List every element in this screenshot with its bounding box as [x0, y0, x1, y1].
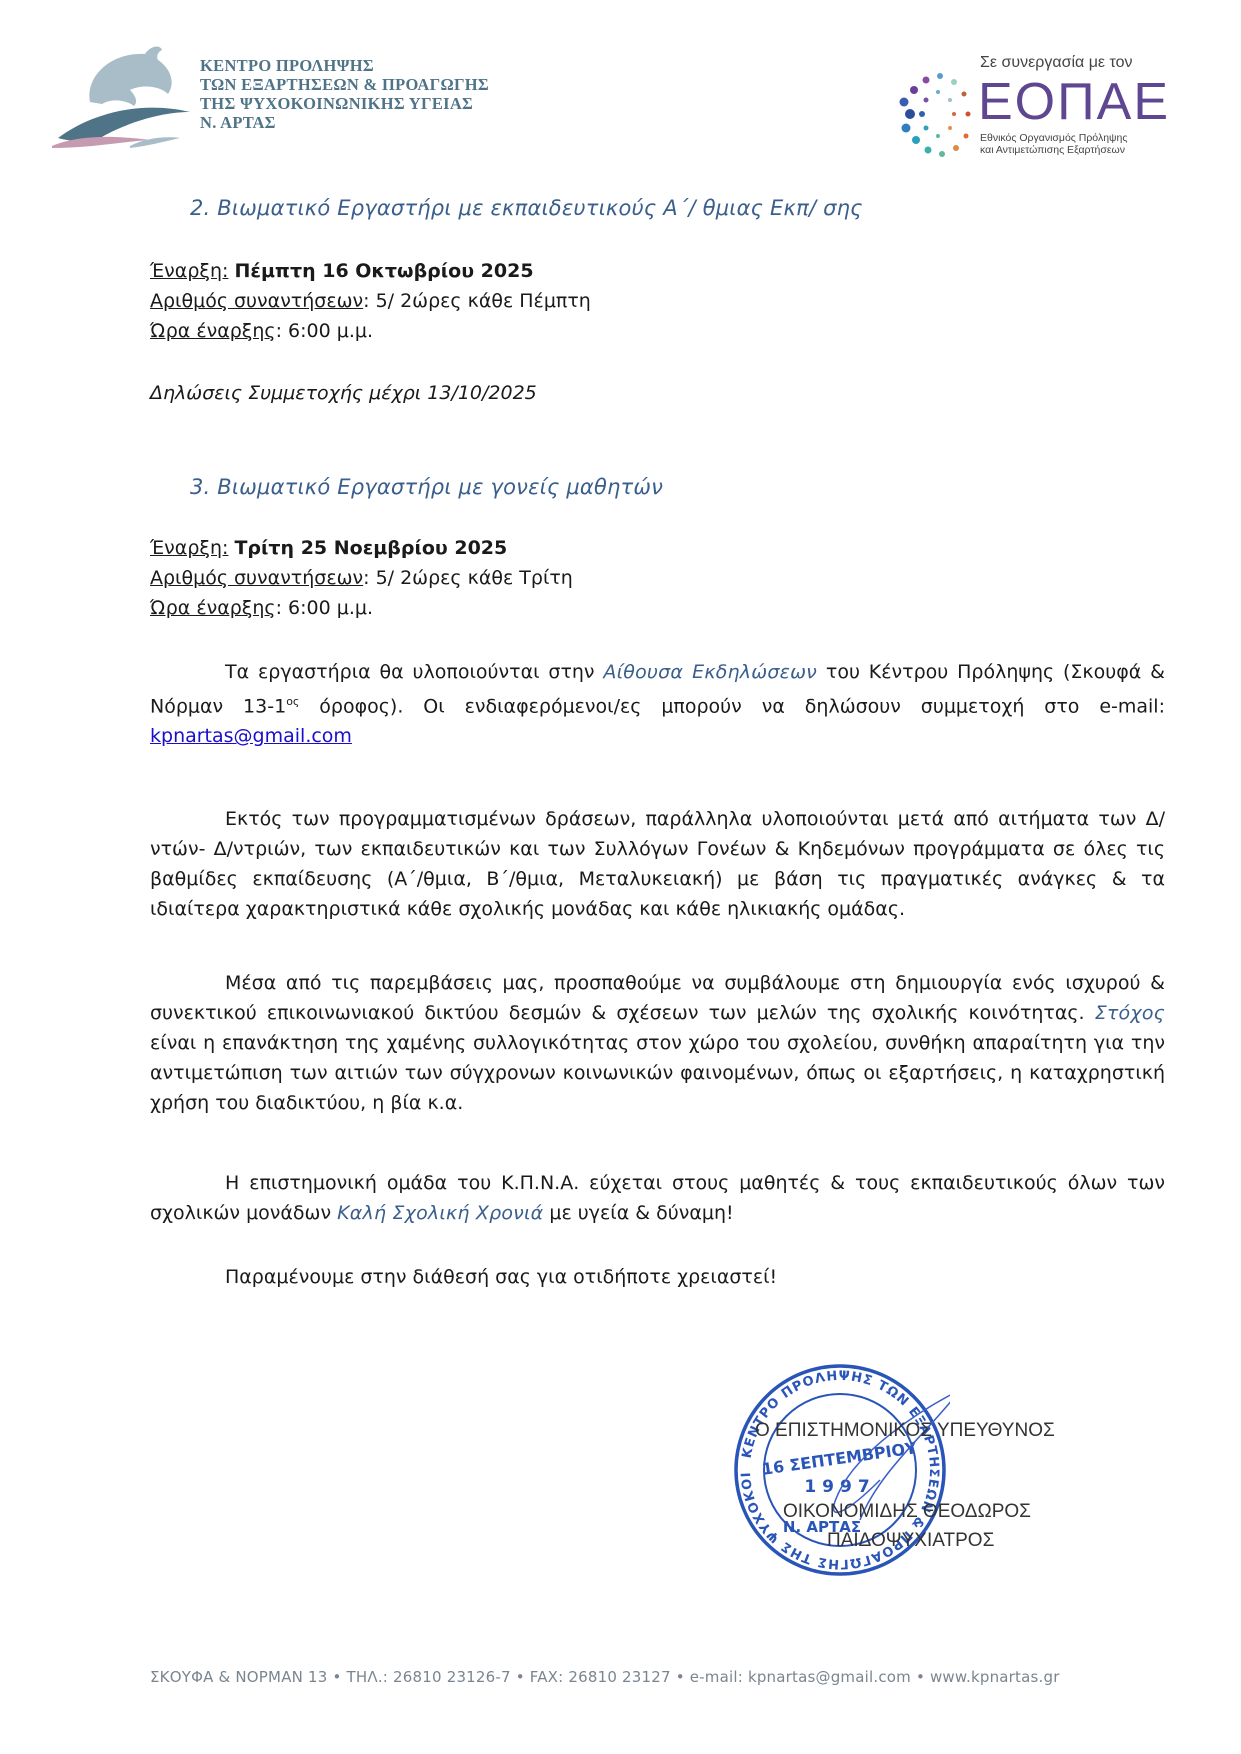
- email-link[interactable]: kpnartas@gmail.com: [150, 725, 352, 747]
- signatory-title: ΠΑΙΔΟΨΥΧΙΑΤΡΟΣ: [827, 1530, 994, 1552]
- org-name-line: ΤΗΣ ΨΥΧΟΚΟΙΝΩΝΙΚΗΣ ΥΓΕΙΑΣ: [200, 94, 489, 113]
- paragraph-text: είναι η επανάκτηση της χαμένης συλλογικό…: [150, 1032, 1165, 1114]
- meetings-value: : 5/ 2ώρες κάθε Πέμπτη: [363, 290, 591, 312]
- org-name-line: ΤΩΝ ΕΞΑΡΤΗΣΕΩΝ & ΠΡΟΑΓΩΓΗΣ: [200, 75, 489, 94]
- start-label: Έναρξη:: [150, 260, 228, 282]
- partner-name: ΕΟΠΑΕ: [978, 76, 1170, 128]
- venue-paragraph: Τα εργαστήρια θα υλοποιούνται στην Αίθου…: [150, 657, 1165, 751]
- workshop-meetings: Αριθμός συναντήσεων: 5/ 2ώρες κάθε Τρίτη: [150, 567, 573, 589]
- goal-paragraph: Μέσα από τις παρεμβάσεις μας, προσπαθούμ…: [150, 968, 1165, 1118]
- partner-full-name: και Αντιμετώπισης Εξαρτήσεων: [980, 144, 1127, 156]
- venue-hall: Αίθουσα Εκδηλώσεων: [603, 661, 817, 683]
- meetings-label: Αριθμός συναντήσεων: [150, 290, 363, 312]
- organization-logo: ΚΕΝΤΡΟ ΠΡΟΛΗΨΗΣ ΤΩΝ ΕΞΑΡΤΗΣΕΩΝ & ΠΡΟΑΓΩΓ…: [50, 42, 590, 162]
- partner-full-name: Εθνικός Οργανισμός Πρόληψης: [980, 132, 1127, 144]
- programs-paragraph: Εκτός των προγραμματισμένων δράσεων, παρ…: [150, 804, 1165, 924]
- dolphin-logo-icon: [50, 42, 200, 152]
- registration-deadline: Δηλώσεις Συμμετοχής μέχρι 13/10/2025: [150, 382, 537, 404]
- wishes-paragraph: Η επιστημονική ομάδα του Κ.Π.Ν.Α. εύχετα…: [150, 1168, 1165, 1228]
- workshop-heading: 2. Βιωματικό Εργαστήρι με εκπαιδευτικούς…: [190, 196, 863, 220]
- workshop-meetings: Αριθμός συναντήσεων: 5/ 2ώρες κάθε Πέμπτ…: [150, 290, 591, 312]
- partner-logo: Σε συνεργασία με τον ΕΟΠΑΕ Εθνικός Οργαν…: [890, 50, 1190, 170]
- footer-contact: ΣΚΟΥΦΑ & ΝΟΡΜΑΝ 13 • ΤΗΛ.: 26810 23126-7…: [150, 1668, 1100, 1686]
- time-value: : 6:00 μ.μ.: [276, 320, 373, 342]
- start-value: Τρίτη 25 Νοεμβρίου 2025: [234, 537, 507, 559]
- goal-highlight: Στόχος: [1095, 1002, 1165, 1024]
- svg-text:16 ΣΕΠΤΕΜΒΡΙΟΥ: 16 ΣΕΠΤΕΜΒΡΙΟΥ: [761, 1438, 918, 1479]
- paragraph-text: Παραμένουμε στην διάθεσή σας για οτιδήπο…: [225, 1266, 777, 1288]
- time-label: Ώρα έναρξης: [150, 320, 276, 342]
- org-name-line: ΚΕΝΤΡΟ ΠΡΟΛΗΨΗΣ: [200, 56, 489, 75]
- floor-superscript: ος: [286, 695, 299, 708]
- workshop-start: Έναρξη: Τρίτη 25 Νοεμβρίου 2025: [150, 537, 507, 559]
- signatory-role: Ο ΕΠΙΣΤΗΜΟΝΙΚΟΣ ΥΠΕΥΘΥΝΟΣ: [755, 1420, 1055, 1442]
- wish-highlight: Καλή Σχολική Χρονιά: [337, 1202, 543, 1224]
- signatory-name: ΟΙΚΟΝΟΜΙΔΗΣ ΘΕΟΔΩΡΟΣ: [783, 1501, 1031, 1523]
- meetings-label: Αριθμός συναντήσεων: [150, 567, 363, 589]
- org-name-line: Ν. ΑΡΤΑΣ: [200, 113, 489, 132]
- paragraph-text: Μέσα από τις παρεμβάσεις μας, προσπαθούμ…: [150, 972, 1165, 1024]
- time-value: : 6:00 μ.μ.: [276, 597, 373, 619]
- venue-text: όροφος). Οι ενδιαφερόμενοι/ες μπορούν να…: [299, 695, 1165, 717]
- time-label: Ώρα έναρξης: [150, 597, 276, 619]
- paragraph-text: Εκτός των προγραμματισμένων δράσεων, παρ…: [150, 808, 1165, 920]
- workshop-heading: 3. Βιωματικό Εργαστήρι με γονείς μαθητών: [190, 475, 663, 499]
- start-value: Πέμπτη 16 Οκτωβρίου 2025: [234, 260, 533, 282]
- venue-text: Τα εργαστήρια θα υλοποιούνται στην: [225, 661, 603, 683]
- workshop-time: Ώρα έναρξης: 6:00 μ.μ.: [150, 320, 373, 342]
- partner-intro: Σε συνεργασία με τον: [980, 54, 1133, 72]
- workshop-start: Έναρξη: Πέμπτη 16 Οκτωβρίου 2025: [150, 260, 534, 282]
- start-label: Έναρξη:: [150, 537, 228, 559]
- workshop-time: Ώρα έναρξης: 6:00 μ.μ.: [150, 597, 373, 619]
- paragraph-text: με υγεία & δύναμη!: [543, 1202, 733, 1224]
- dotted-circle-icon: [890, 64, 980, 164]
- meetings-value: : 5/ 2ώρες κάθε Τρίτη: [363, 567, 573, 589]
- closing-paragraph: Παραμένουμε στην διάθεσή σας για οτιδήπο…: [150, 1262, 1165, 1292]
